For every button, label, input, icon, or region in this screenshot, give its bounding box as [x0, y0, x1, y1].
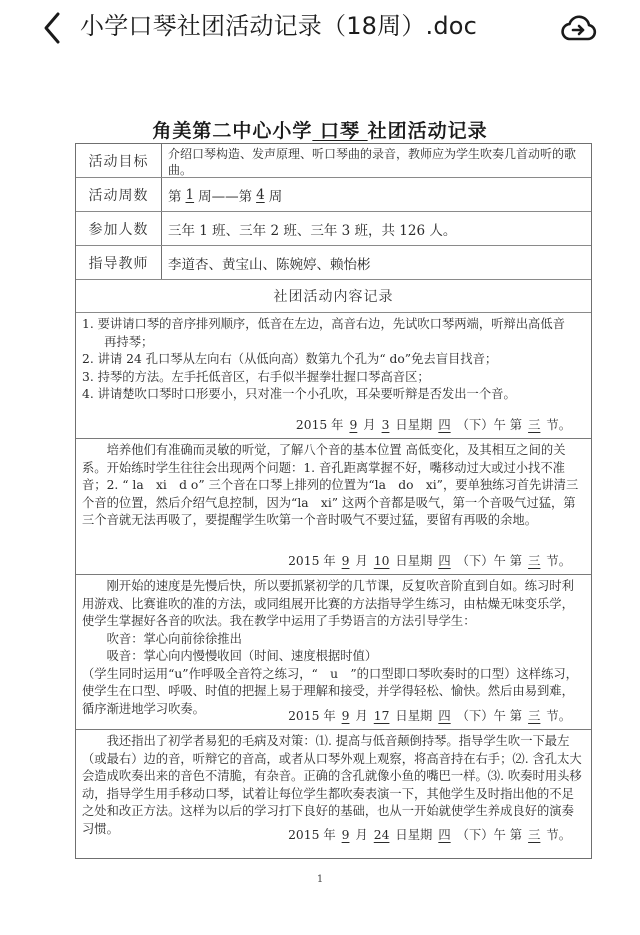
cloud-upload-arrow-icon	[558, 10, 598, 46]
top-bar: 小学口琴社团活动记录（18周）.doc	[0, 0, 640, 56]
info-label: 参加人数	[76, 212, 162, 245]
file-title: 小学口琴社团活动记录（18周）.doc	[80, 9, 477, 43]
entry-date: 2015 年9月17日星期四（下）午 第三节。	[288, 708, 571, 726]
back-button[interactable]	[36, 10, 70, 46]
info-label: 活动目标	[76, 144, 162, 177]
cloud-save-button[interactable]	[558, 10, 598, 46]
info-value: 李道杏、黄宝山、陈婉婷、赖怡彬	[162, 246, 591, 279]
chevron-left-icon	[36, 10, 70, 46]
info-label: 活动周数	[76, 178, 162, 211]
record-entry-2: 培养他们有准确而灵敏的听觉，了解八个音的基本位置 高低变化，及其相互之间的关系。…	[76, 439, 591, 575]
activity-record-table: 活动目标 介绍口琴构造、发声原理、听口琴曲的录音，教师应为学生吹奏几首动听的歌曲…	[75, 143, 592, 859]
info-value: 第1周——第4周	[162, 178, 591, 211]
document-title: 角美第二中心小学 口琴 社团活动记录	[0, 116, 640, 143]
page-number: 1	[0, 874, 640, 885]
section-header: 社团活动内容记录	[76, 280, 591, 313]
record-entry-1: 1. 要讲请口琴的音序排列顺序，低音在左边，高音右边，先试吹口琴两端，听辩出高低…	[76, 313, 591, 439]
info-row-teachers: 指导教师 李道杏、黄宝山、陈婉婷、赖怡彬	[76, 246, 591, 280]
entry-date: 2015 年9月3日星期四（下）午 第三节。	[296, 417, 571, 435]
record-entry-4: 我还指出了初学者易犯的毛病及对策：⑴. 提高与低音颠倒持琴。指导学生吹一下最左（…	[76, 730, 591, 858]
info-row-participants: 参加人数 三年 1 班、三年 2 班、三年 3 班，共 126 人。	[76, 212, 591, 246]
week-start: 1	[182, 187, 199, 203]
document-page: 角美第二中心小学 口琴 社团活动记录 活动目标 介绍口琴构造、发声原理、听口琴曲…	[0, 56, 640, 935]
entry-date: 2015 年9月10日星期四（下）午 第三节。	[288, 553, 571, 571]
title-club: 口琴	[312, 120, 367, 142]
info-label: 指导教师	[76, 246, 162, 279]
info-row-goal: 活动目标 介绍口琴构造、发声原理、听口琴曲的录音，教师应为学生吹奏几首动听的歌曲…	[76, 144, 591, 178]
record-entry-3: 刚开始的速度是先慢后快，所以要抓紧初学的几节课，反复吹音阶直到自如。练习时利用游…	[76, 575, 591, 730]
info-value: 介绍口琴构造、发声原理、听口琴曲的录音，教师应为学生吹奏几首动听的歌曲。	[162, 144, 591, 177]
info-value: 三年 1 班、三年 2 班、三年 3 班，共 126 人。	[162, 212, 591, 245]
week-end: 4	[252, 187, 269, 203]
entry-date: 2015 年9月24日星期四（下）午 第三节。	[288, 827, 571, 845]
info-row-weeks: 活动周数 第1周——第4周	[76, 178, 591, 212]
title-suffix: 社团活动记录	[368, 120, 488, 142]
title-school: 角美第二中心小学	[152, 120, 312, 142]
